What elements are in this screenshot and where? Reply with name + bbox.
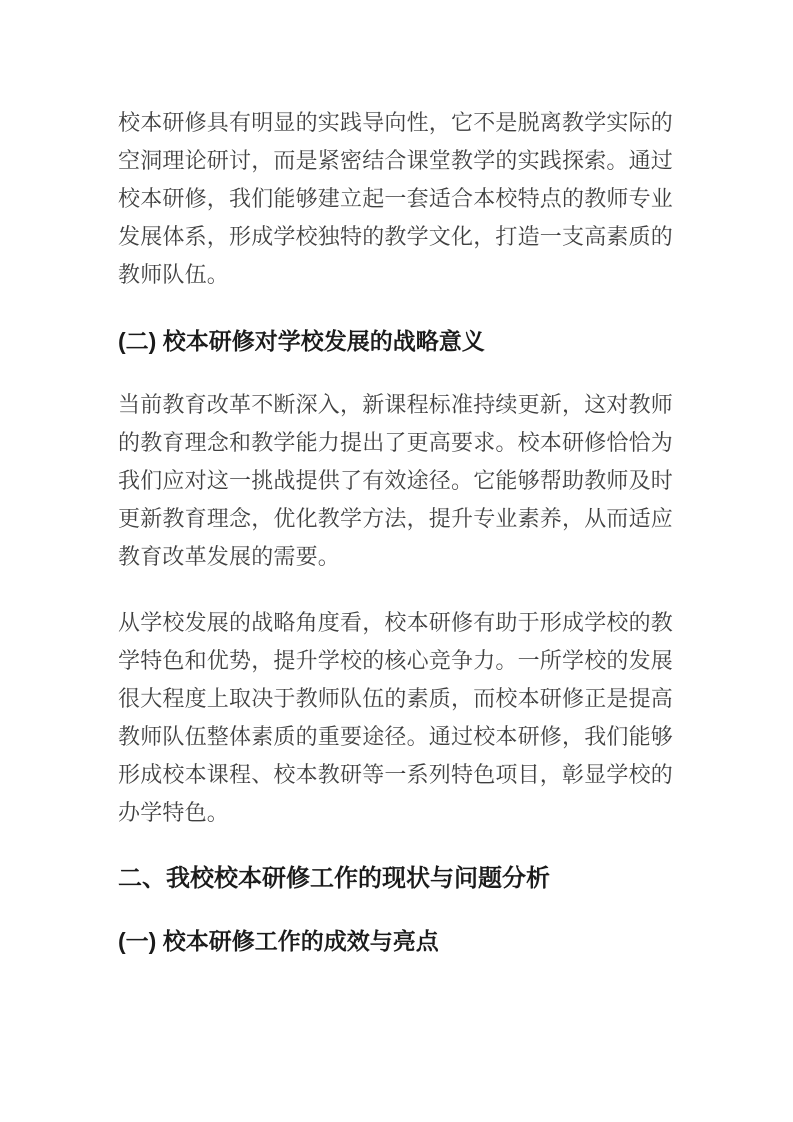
- heading-strategic-significance: (二) 校本研修对学校发展的战略意义: [118, 322, 673, 360]
- document-body: 校本研修具有明显的实践导向性，它不是脱离教学实际的空洞理论研讨，而是紧密结合课堂…: [118, 104, 673, 960]
- heading-achievements: (一) 校本研修工作的成效与亮点: [118, 922, 673, 960]
- heading-status-analysis: 二、我校校本研修工作的现状与问题分析: [118, 860, 673, 898]
- document-page: 校本研修具有明显的实践导向性，它不是脱离教学实际的空洞理论研讨，而是紧密结合课堂…: [0, 0, 793, 1122]
- paragraph-practice-orientation: 校本研修具有明显的实践导向性，它不是脱离教学实际的空洞理论研讨，而是紧密结合课堂…: [118, 104, 673, 294]
- paragraph-education-reform: 当前教育改革不断深入，新课程标准持续更新，这对教师的教育理念和教学能力提出了更高…: [118, 386, 673, 576]
- paragraph-school-development: 从学校发展的战略角度看，校本研修有助于形成学校的教学特色和优势，提升学校的核心竞…: [118, 604, 673, 832]
